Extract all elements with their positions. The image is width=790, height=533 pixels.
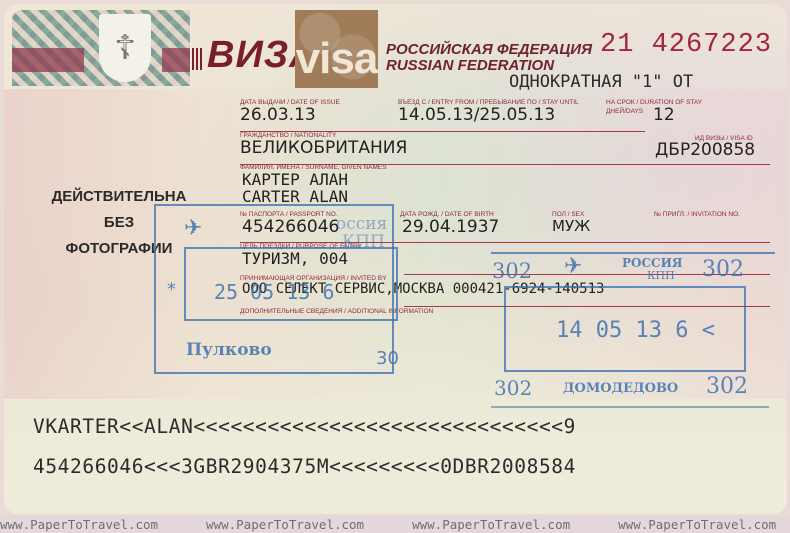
issuing-country: РОССИЙСКАЯ ФЕДЕРАЦИЯ RUSSIAN FEDERATION (386, 42, 592, 74)
visa-number: 21 4267223 (600, 30, 772, 60)
visa-title-en: visa (295, 10, 378, 88)
entry-stamp-number-left: 302 (494, 376, 532, 400)
exit-stamp-star: * (167, 279, 176, 300)
visa-id: ДБР200858 (655, 140, 755, 160)
entry-stamp-date: 14 05 13 6 < (556, 318, 715, 343)
entry-stamp-code-left: 302 (492, 259, 532, 283)
decorative-bar (192, 48, 204, 70)
entry-stamp-bottom-line (491, 406, 769, 408)
watermark-text: www.PaperToTravel.com (412, 517, 570, 532)
mrz-line-2: 454266046<<<3GBR2904375M<<<<<<<<<0DBR200… (33, 455, 576, 478)
entries-count: ОДНОКРАТНАЯ "1" ОТ (509, 72, 693, 92)
watermark-text: www.PaperToTravel.com (0, 517, 158, 532)
watermark-strip: www.PaperToTravel.comwww.PaperToTravel.c… (0, 516, 790, 533)
exit-stamp-airport: Пулково (186, 340, 272, 360)
duration-days: 12 (653, 105, 675, 125)
security-bar (12, 48, 84, 72)
country-ru: РОССИЙСКАЯ ФЕДЕРАЦИЯ (386, 42, 592, 58)
sex: МУЖ (552, 217, 590, 235)
entry-stamp-checkpoint: КПП (647, 269, 675, 282)
security-bar (162, 48, 190, 72)
exit-stamp-date: 25 05 13 6 (214, 280, 334, 304)
entry-stamp-airport: ДОМОДЕДОВО (563, 381, 678, 396)
visa-title-en-text: visa (296, 34, 378, 84)
exit-stamp-number: 30 (376, 348, 399, 369)
entry-stamp-top-line (491, 252, 775, 254)
watermark-text: www.PaperToTravel.com (618, 517, 776, 532)
entry-stamp-country: РОССИЯ (622, 256, 683, 270)
airplane-icon: ✈ (564, 254, 582, 279)
duration-sublabel: ДНЕЙ/DAYS (606, 108, 643, 115)
exit-stamp-country: оссия (336, 214, 387, 234)
date-of-issue: 26.03.13 (240, 105, 316, 125)
exit-stamp-checkpoint: КПП (342, 232, 385, 252)
invitation-no-label: № ПРИГЛ. / INVITATION No. (654, 211, 740, 218)
visa-document: ☦ ВИЗА visa РОССИЙСКАЯ ФЕДЕРАЦИЯ RUSSIAN… (4, 4, 787, 514)
validity-period: 14.05.13/25.05.13 (398, 105, 555, 125)
entry-stamp-number-right: 302 (706, 374, 748, 399)
mrz-line-1: VKARTER<<ALAN<<<<<<<<<<<<<<<<<<<<<<<<<<<… (33, 415, 576, 438)
date-of-birth: 29.04.1937 (402, 217, 499, 237)
nationality: ВЕЛИКОБРИТАНИЯ (240, 138, 407, 158)
double-headed-eagle-icon: ☦ (99, 14, 151, 82)
watermark-text: www.PaperToTravel.com (206, 517, 364, 532)
airplane-icon: ✈ (184, 216, 202, 241)
entry-stamp-code-right: 302 (702, 257, 744, 282)
